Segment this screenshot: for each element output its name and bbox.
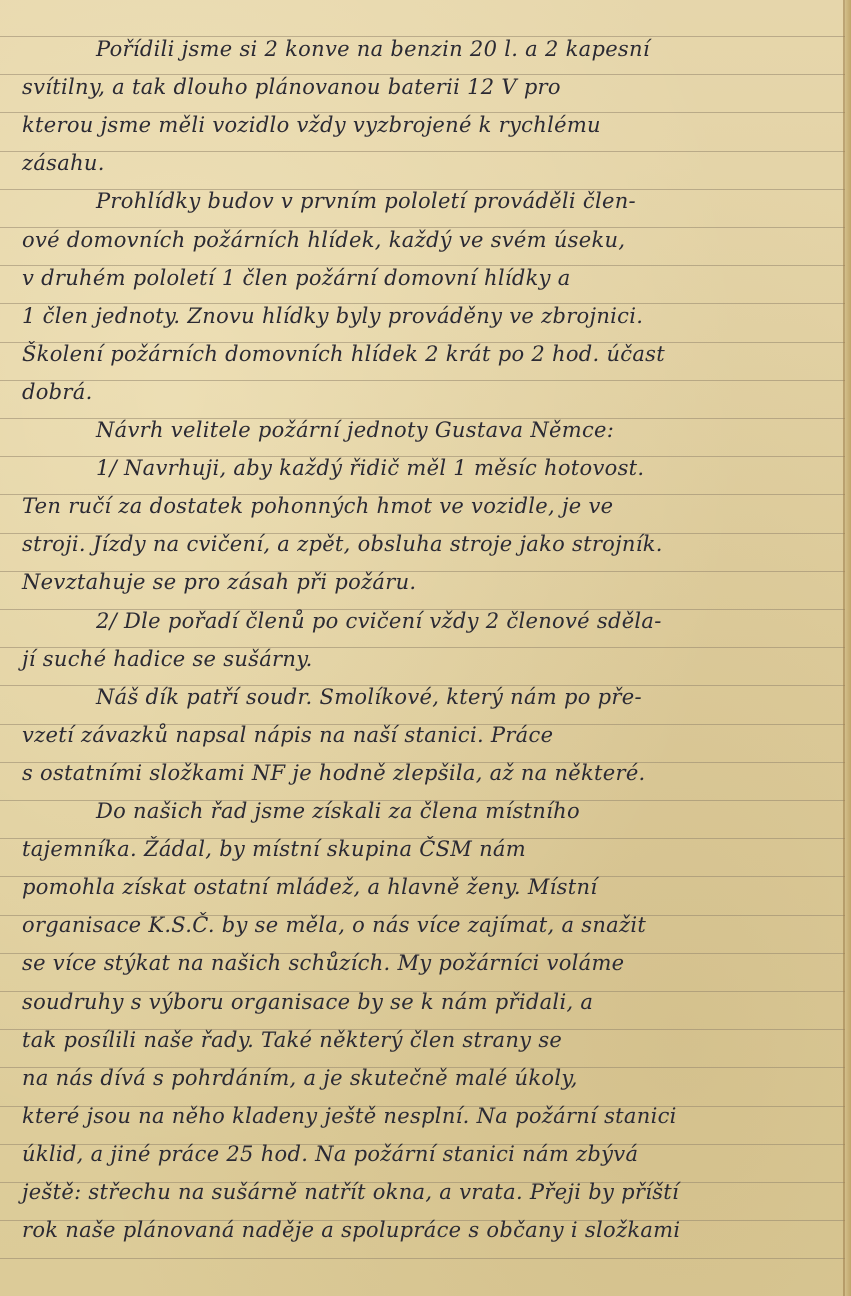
handwritten-line: Pořídili jsme si 2 konve na benzin 20 l.… — [0, 30, 851, 68]
handwritten-line: soudruhy s výboru organisace by se k nám… — [0, 983, 851, 1021]
handwritten-line: vzetí závazků napsal nápis na naší stani… — [0, 716, 851, 754]
handwritten-line: jí suché hadice se sušárny. — [0, 640, 851, 678]
handwritten-line: 2/ Dle pořadí členů po cvičení vždy 2 čl… — [0, 602, 851, 640]
handwritten-line: ové domovních požárních hlídek, každý ve… — [0, 221, 851, 259]
handwritten-line: tajemníka. Žádal, by místní skupina ČSM … — [0, 830, 851, 868]
handwritten-line: organisace K.S.Č. by se měla, o nás více… — [0, 906, 851, 944]
handwritten-line: Prohlídky budov v prvním pololetí provád… — [0, 182, 851, 220]
handwritten-line: na nás dívá s pohrdáním, a je skutečně m… — [0, 1059, 851, 1097]
handwritten-line: ještě: střechu na sušárně natřít okna, a… — [0, 1173, 851, 1211]
handwritten-line: rok naše plánovaná naděje a spolupráce s… — [0, 1211, 851, 1249]
handwritten-line: zásahu. — [0, 144, 851, 182]
handwritten-line: které jsou na něho kladeny ještě nesplní… — [0, 1097, 851, 1135]
handwritten-line: Školení požárních domovních hlídek 2 krá… — [0, 335, 851, 373]
handwritten-line: tak posílili naše řady. Také některý čle… — [0, 1021, 851, 1059]
handwritten-line: úklid, a jiné práce 25 hod. Na požární s… — [0, 1135, 851, 1173]
handwritten-line: pomohla získat ostatní mládež, a hlavně … — [0, 868, 851, 906]
handwritten-line: v druhém pololetí 1 člen požární domovní… — [0, 259, 851, 297]
handwritten-line: Náš dík patří soudr. Smolíkové, který ná… — [0, 678, 851, 716]
handwritten-line: 1 člen jednoty. Znovu hlídky byly provád… — [0, 297, 851, 335]
handwritten-line: stroji. Jízdy na cvičení, a zpět, obsluh… — [0, 525, 851, 563]
handwritten-line: dobrá. — [0, 373, 851, 411]
handwritten-line: Nevztahuje se pro zásah při požáru. — [0, 563, 851, 601]
handwritten-line: 1/ Navrhuji, aby každý řidič měl 1 měsíc… — [0, 449, 851, 487]
handwritten-line: kterou jsme měli vozidlo vždy vyzbrojené… — [0, 106, 851, 144]
ruled-line — [0, 1258, 851, 1259]
handwritten-line: Ten ručí za dostatek pohonných hmot ve v… — [0, 487, 851, 525]
handwritten-line: Do našich řad jsme získali za člena míst… — [0, 792, 851, 830]
handwritten-line: s ostatními složkami NF je hodně zlepšil… — [0, 754, 851, 792]
handwritten-line: svítilny, a tak dlouho plánovanou bateri… — [0, 68, 851, 106]
handwritten-line: se více stýkat na našich schůzích. My po… — [0, 944, 851, 982]
handwritten-line: Návrh velitele požární jednoty Gustava N… — [0, 411, 851, 449]
